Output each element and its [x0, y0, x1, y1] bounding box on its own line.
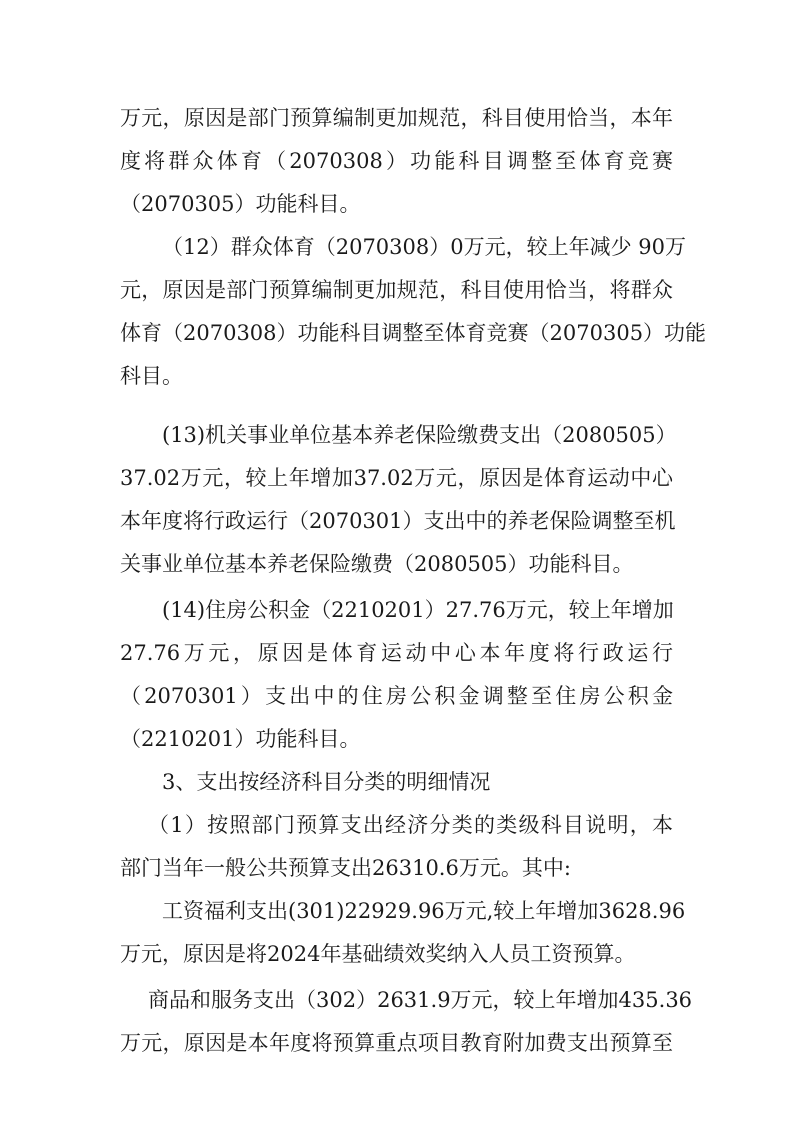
paragraph-line: 工资福利支出(301)22929.96万元,较上年增加3628.96: [162, 896, 673, 926]
paragraph-line: 度将群众体育（2070308）功能科目调整至体育竞赛: [120, 146, 673, 176]
paragraph-line: （1）按照部门预算支出经济分类的类级科目说明，本: [148, 810, 673, 840]
paragraph-line: 万元，原因是本年度将预算重点项目教育附加费支出预算至: [120, 1028, 673, 1058]
paragraph-line: 本年度将行政运行（2070301）支出中的养老保险调整至机: [120, 506, 673, 536]
paragraph-line: 27.76万元，原因是体育运动中心本年度将行政运行: [120, 638, 673, 668]
paragraph-line: （12）群众体育（2070308）0万元，较上年减少 90万: [162, 232, 673, 262]
paragraph-line: （2070301）支出中的住房公积金调整至住房公积金: [120, 681, 673, 711]
paragraph-line: 3、支出按经济科目分类的明细情况: [162, 767, 490, 797]
paragraph-line: 科目。: [120, 361, 183, 391]
paragraph-line: 万元，原因是将2024年基础绩效奖纳入人员工资预算。: [120, 939, 635, 969]
paragraph-line: (14)住房公积金（2210201）27.76万元，较上年增加: [162, 595, 673, 625]
paragraph-line: 关事业单位基本养老保险缴费（2080505）功能科目。: [120, 549, 634, 579]
paragraph-line: 部门当年一般公共预算支出26310.6万元。其中:: [120, 853, 571, 883]
paragraph-line: 37.02万元，较上年增加37.02万元，原因是体育运动中心: [120, 463, 673, 493]
paragraph-line: 商品和服务支出（302）2631.9万元，较上年增加435.36: [148, 985, 673, 1015]
paragraph-line: 元，原因是部门预算编制更加规范，科目使用恰当，将群众: [120, 275, 673, 305]
paragraph-line: 万元，原因是部门预算编制更加规范，科目使用恰当，本年: [120, 103, 673, 133]
paragraph-line: (13)机关事业单位基本养老保险缴费支出（2080505）: [162, 420, 673, 450]
paragraph-line: （2210201）功能科目。: [120, 724, 361, 754]
paragraph-line: 体育（2070308）功能科目调整至体育竞赛（2070305）功能: [120, 318, 673, 348]
paragraph-line: （2070305）功能科目。: [120, 189, 361, 219]
